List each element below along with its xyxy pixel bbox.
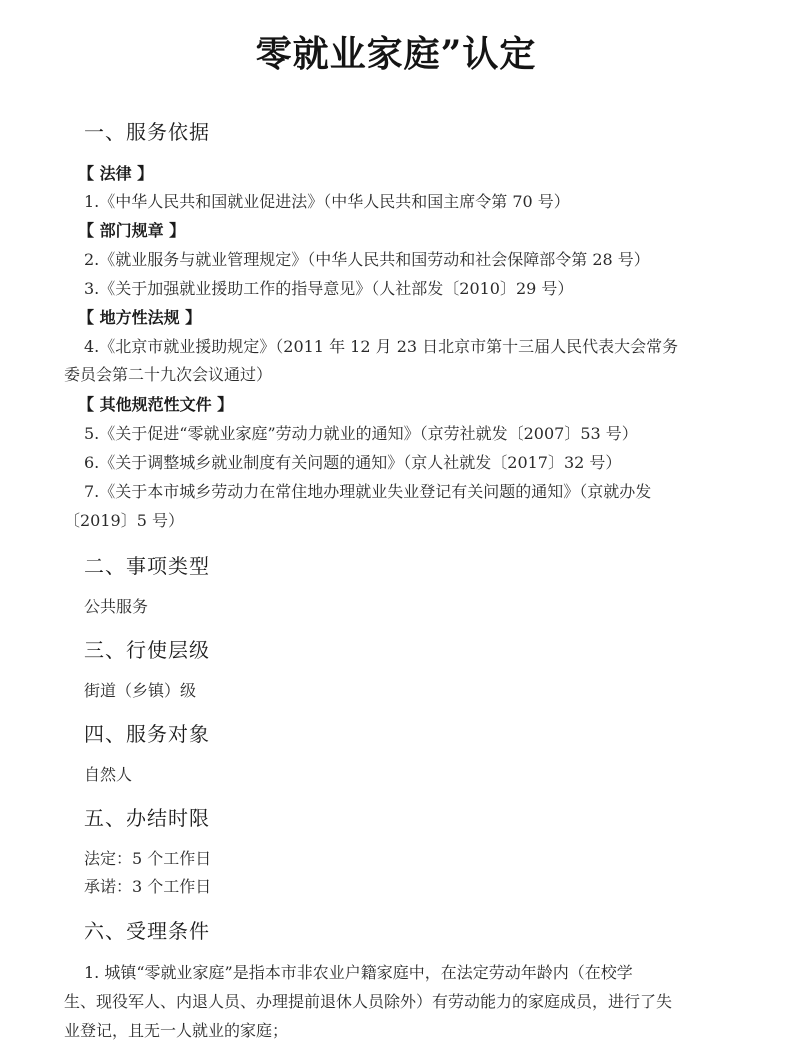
document-title: 零就业家庭”认定	[0, 26, 792, 77]
basis-item-7: 7.《关于本市城乡劳动力在常住地办理就业失业登记有关问题的通知》（京就办发	[84, 479, 651, 502]
condition-line-1: 1. 城镇“零就业家庭”是指本市非农业户籍家庭中，在法定劳动年龄内（在校学	[84, 960, 633, 983]
group-label-law: 【 法律 】	[78, 161, 153, 184]
time-limit-statutory: 法定：5 个工作日	[84, 846, 211, 869]
basis-item-6: 6.《关于调整城乡就业制度有关问题的通知》（京人社就发〔2017〕32 号）	[84, 450, 621, 473]
group-label-department-rules: 【 部门规章 】	[78, 218, 185, 241]
basis-item-3: 3.《关于加强就业援助工作的指导意见》（人社部发〔2010〕29 号）	[84, 276, 573, 299]
section-heading-time-limit: 五、办结时限	[84, 802, 210, 831]
exercise-level-value: 街道（乡镇）级	[84, 678, 196, 701]
section-heading-service-target: 四、服务对象	[84, 718, 210, 747]
service-target-value: 自然人	[84, 762, 132, 785]
basis-item-2: 2.《就业服务与就业管理规定》（中华人民共和国劳动和社会保障部令第 28 号）	[84, 247, 650, 270]
basis-item-5: 5.《关于促进“零就业家庭”劳动力就业的通知》（京劳社就发〔2007〕53 号）	[84, 421, 638, 444]
section-heading-item-type: 二、事项类型	[84, 550, 210, 579]
section-heading-service-basis: 一、服务依据	[84, 116, 210, 145]
section-heading-acceptance-conditions: 六、受理条件	[84, 915, 210, 944]
basis-item-4-continued: 委员会第二十九次会议通过）	[64, 362, 272, 385]
group-label-other-documents: 【 其他规范性文件 】	[78, 392, 233, 415]
condition-line-3: 业登记，且无一人就业的家庭；	[64, 1018, 288, 1041]
basis-item-1: 1.《中华人民共和国就业促进法》（中华人民共和国主席令第 70 号）	[84, 189, 570, 212]
group-label-local-regulations: 【 地方性法规 】	[78, 305, 201, 328]
item-type-value: 公共服务	[84, 594, 148, 617]
time-limit-promised: 承诺：3 个工作日	[84, 874, 211, 897]
section-heading-exercise-level: 三、行使层级	[84, 634, 210, 663]
basis-item-4: 4.《北京市就业援助规定》（2011 年 12 月 23 日北京市第十三届人民代…	[84, 334, 678, 357]
condition-line-2: 生、现役军人、内退人员、办理提前退休人员除外）有劳动能力的家庭成员，进行了失	[64, 989, 672, 1012]
basis-item-7-continued: 〔2019〕5 号）	[64, 508, 184, 531]
